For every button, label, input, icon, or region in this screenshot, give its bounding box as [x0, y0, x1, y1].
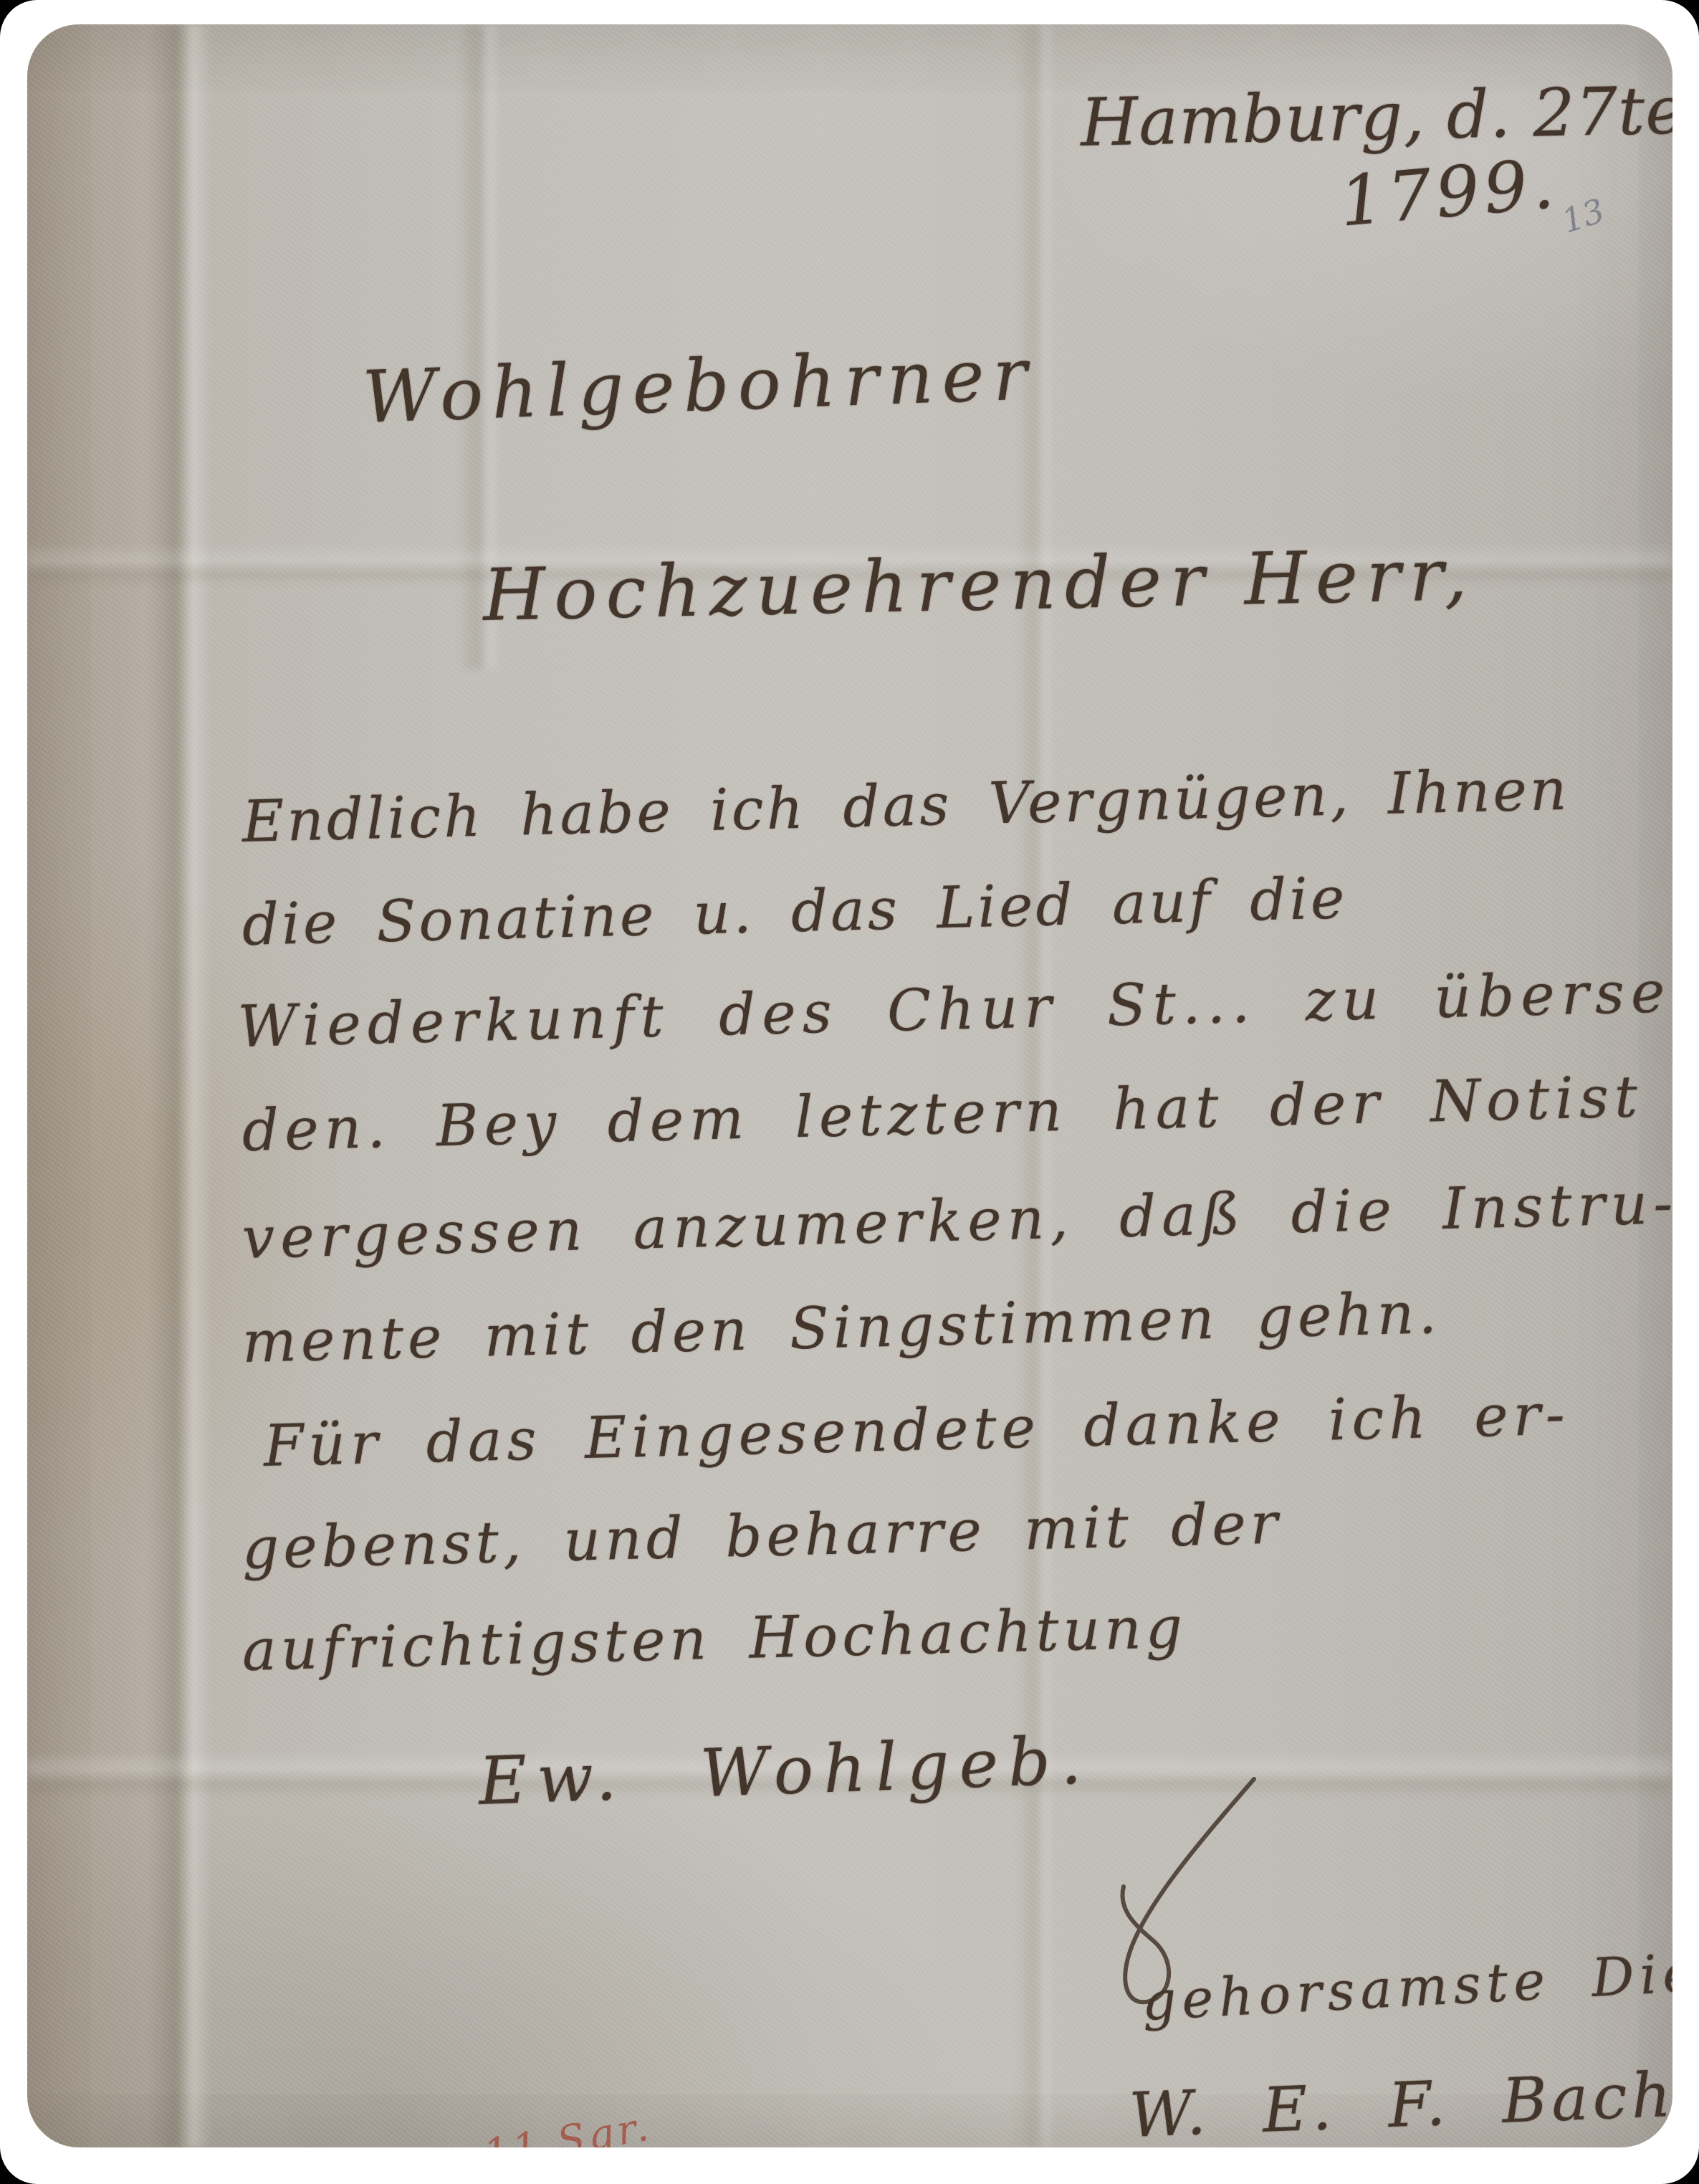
closing-address-line: Ew. Wohlgeb. — [477, 1722, 1093, 1820]
salutation-line-1: Wohlgebohrner — [361, 332, 1037, 439]
paper-fold-left — [148, 24, 212, 2147]
body-line: aufrichtigsten Hochachtung — [241, 1594, 1187, 1684]
letter-photograph: Hamburg, d. 27ten Jan. 1799. 13 Wohlgebo… — [27, 24, 1672, 2147]
photo-page: { "photo": { "description_colors": { "ba… — [0, 0, 1699, 2184]
body-line: gebenst, und beharre mit der — [241, 1490, 1283, 1582]
salutation-line-2: Hochzuehrender Herr, — [482, 533, 1477, 637]
body-line: Endlich habe ich das Vergnügen, Ihnen — [241, 756, 1570, 855]
body-line: die Sonatine u. das Lied auf die — [241, 864, 1348, 958]
pencil-folio-number: 13 — [1557, 191, 1609, 240]
body-line: mente mit den Singstimmen gehn. — [241, 1279, 1442, 1375]
dateline-place-date: Hamburg, d. 27ten Jan. — [1080, 68, 1672, 161]
white-photo-frame: Hamburg, d. 27ten Jan. 1799. 13 Wohlgebo… — [0, 0, 1699, 2184]
red-archival-mark: 11 Sgr. — [480, 2103, 655, 2147]
signature: W. E. F. Bach — [1128, 2059, 1672, 2147]
body-line: Für das Eingesendete danke ich er- — [263, 1381, 1571, 1479]
dateline-year: 1799. — [1336, 143, 1561, 242]
body-line: den. Bey dem letztern hat der Notist — [241, 1063, 1644, 1164]
body-line: Wiederkunft des Chur St... zu übersen- — [237, 957, 1672, 1060]
body-line: vergessen anzumerken, daß die Instru- — [241, 1170, 1672, 1272]
